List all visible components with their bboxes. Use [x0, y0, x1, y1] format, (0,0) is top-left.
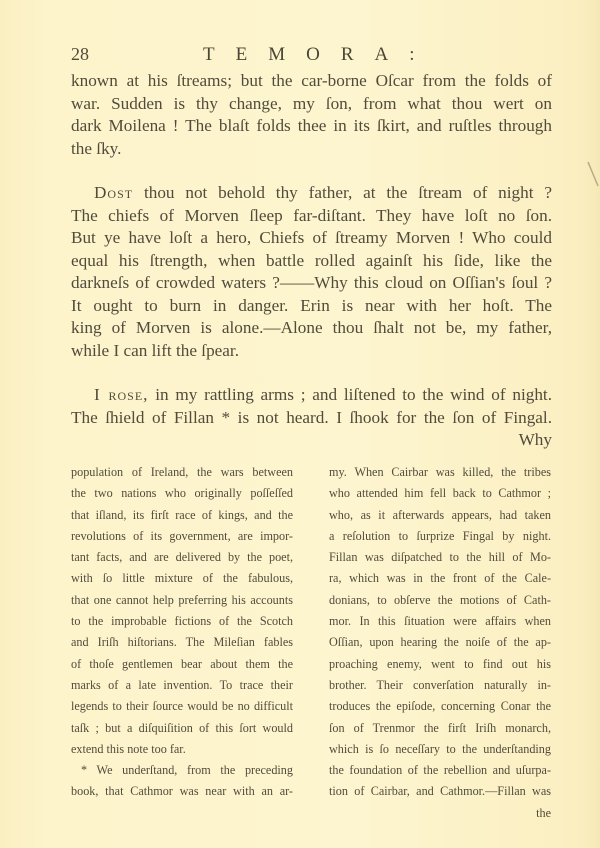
footnote-line: tion of Cairbar, and Cathmor.—Fillan was [329, 781, 551, 802]
footnote-line: ra, which was in the front of the Cale- [329, 568, 551, 589]
text-line: known at his ſtreams; but the car-borne … [71, 70, 552, 93]
text-line: the ſky. [71, 138, 552, 161]
footnote-line: ſon of Trenmor the firſt Iriſh monarch, [329, 718, 551, 739]
footnote-line: who, as it afterwards appears, had taken [329, 505, 551, 526]
footnote-line: to the improbable fictions of the Scotch [71, 611, 293, 632]
footnote-line: brother. Their converſation naturally in… [329, 675, 551, 696]
page-number: 28 [71, 44, 89, 65]
text-fragment: thou not behold thy father, at the ſtrea… [133, 183, 552, 202]
footnote-column-right: my. When Cairbar was killed, the tribes … [329, 462, 551, 824]
text-line: Dost thou not behold thy father, at the … [71, 182, 552, 205]
catchword: Why [71, 429, 552, 452]
paragraph-1: known at his ſtreams; but the car-borne … [71, 70, 552, 160]
footnote-line: marks of a late invention. To trace thei… [71, 675, 293, 696]
footnote-line: my. When Cairbar was killed, the tribes [329, 462, 551, 483]
footnote-line: mor. In this ſituation were affairs when [329, 611, 551, 632]
footnote-line: of thoſe gentlemen bear about them the [71, 654, 293, 675]
text-line: king of Morven is alone.—Alone thou ſhal… [71, 317, 552, 340]
footnote-column-left: population of Ireland, the wars between … [71, 462, 293, 803]
footnote-line: troduces the epiſode, concerning Conar t… [329, 696, 551, 717]
text-line: darkneſs of crowded waters ?——Why this c… [71, 272, 552, 295]
footnote-line: population of Ireland, the wars between [71, 462, 293, 483]
text-line: war. Sudden is thy change, my ſon, from … [71, 93, 552, 116]
text-line: equal his ſtrength, when battle rolled a… [71, 250, 552, 273]
footnote-line: * We underſtand, from the preceding [71, 760, 293, 781]
footnote-line: revolutions of its government, are impor… [71, 526, 293, 547]
text-line: I rose, in my rattling arms ; and liſten… [71, 384, 552, 407]
footnote-line: proaching enemy, went to find out his [329, 654, 551, 675]
footnote-catchword: the [329, 803, 551, 824]
footnote-line: taſk ; but a diſquiſition of this ſort w… [71, 718, 293, 739]
text-line: It ought to burn in danger. Erin is near… [71, 295, 552, 318]
footnote-line: tant facts, and are delivered by the poe… [71, 547, 293, 568]
text-line: The ſhield of Fillan * is not heard. I ſ… [71, 407, 552, 430]
footnote-line: extend this note too far. [71, 739, 293, 760]
page-crease-mark [586, 160, 600, 190]
footnote-line: which is ſo neceſſary to the underſtandi… [329, 739, 551, 760]
footnote-line: Oſſian, upon hearing the noiſe of the ap… [329, 632, 551, 653]
paragraph-3: I rose, in my rattling arms ; and liſten… [71, 384, 552, 452]
footnote-line: a reſolution to ſurprize Fingal by night… [329, 526, 551, 547]
text-line: dark Moilena ! The blaſt folds thee in i… [71, 115, 552, 138]
text-line: The chiefs of Morven ſleep far-diſtant. … [71, 205, 552, 228]
text-line: But ye have loſt a hero, Chiefs of ſtrea… [71, 227, 552, 250]
footnote-line: with ſo little mixture of the fabulous, [71, 568, 293, 589]
footnote-line: book, that Cathmor was near with an ar- [71, 781, 293, 802]
paragraph-lead: Dost [94, 183, 133, 202]
footnote-line: who attended him fell back to Cathmor ; [329, 483, 551, 504]
footnote-line: that iſland, its firſt race of kings, an… [71, 505, 293, 526]
running-title: TEMORA: [203, 44, 436, 66]
book-page: 28 TEMORA: known at his ſtreams; but the… [0, 0, 600, 848]
footnote-line: that one cannot help preferring his acco… [71, 590, 293, 611]
text-fragment: in my rattling arms ; and liſtened to th… [148, 385, 552, 404]
paragraph-2: Dost thou not behold thy father, at the … [71, 182, 552, 362]
footnote-line: legends to their ſource would be no diff… [71, 696, 293, 717]
main-text: known at his ſtreams; but the car-borne … [71, 70, 552, 474]
paragraph-lead: I rose, [94, 385, 148, 404]
footnote-line: the two nations who originally poſſeſſed [71, 483, 293, 504]
text-line: while I can lift the ſpear. [71, 340, 552, 363]
footnote-line: Fillan was diſpatched to the hill of Mo- [329, 547, 551, 568]
page-header: 28 TEMORA: [71, 44, 551, 72]
footnote-line: and Iriſh hiſtorians. The Mileſian fable… [71, 632, 293, 653]
footnote-line: donians, to obſerve the motions of Cath- [329, 590, 551, 611]
footnote-line: the foundation of the rebellion and uſur… [329, 760, 551, 781]
